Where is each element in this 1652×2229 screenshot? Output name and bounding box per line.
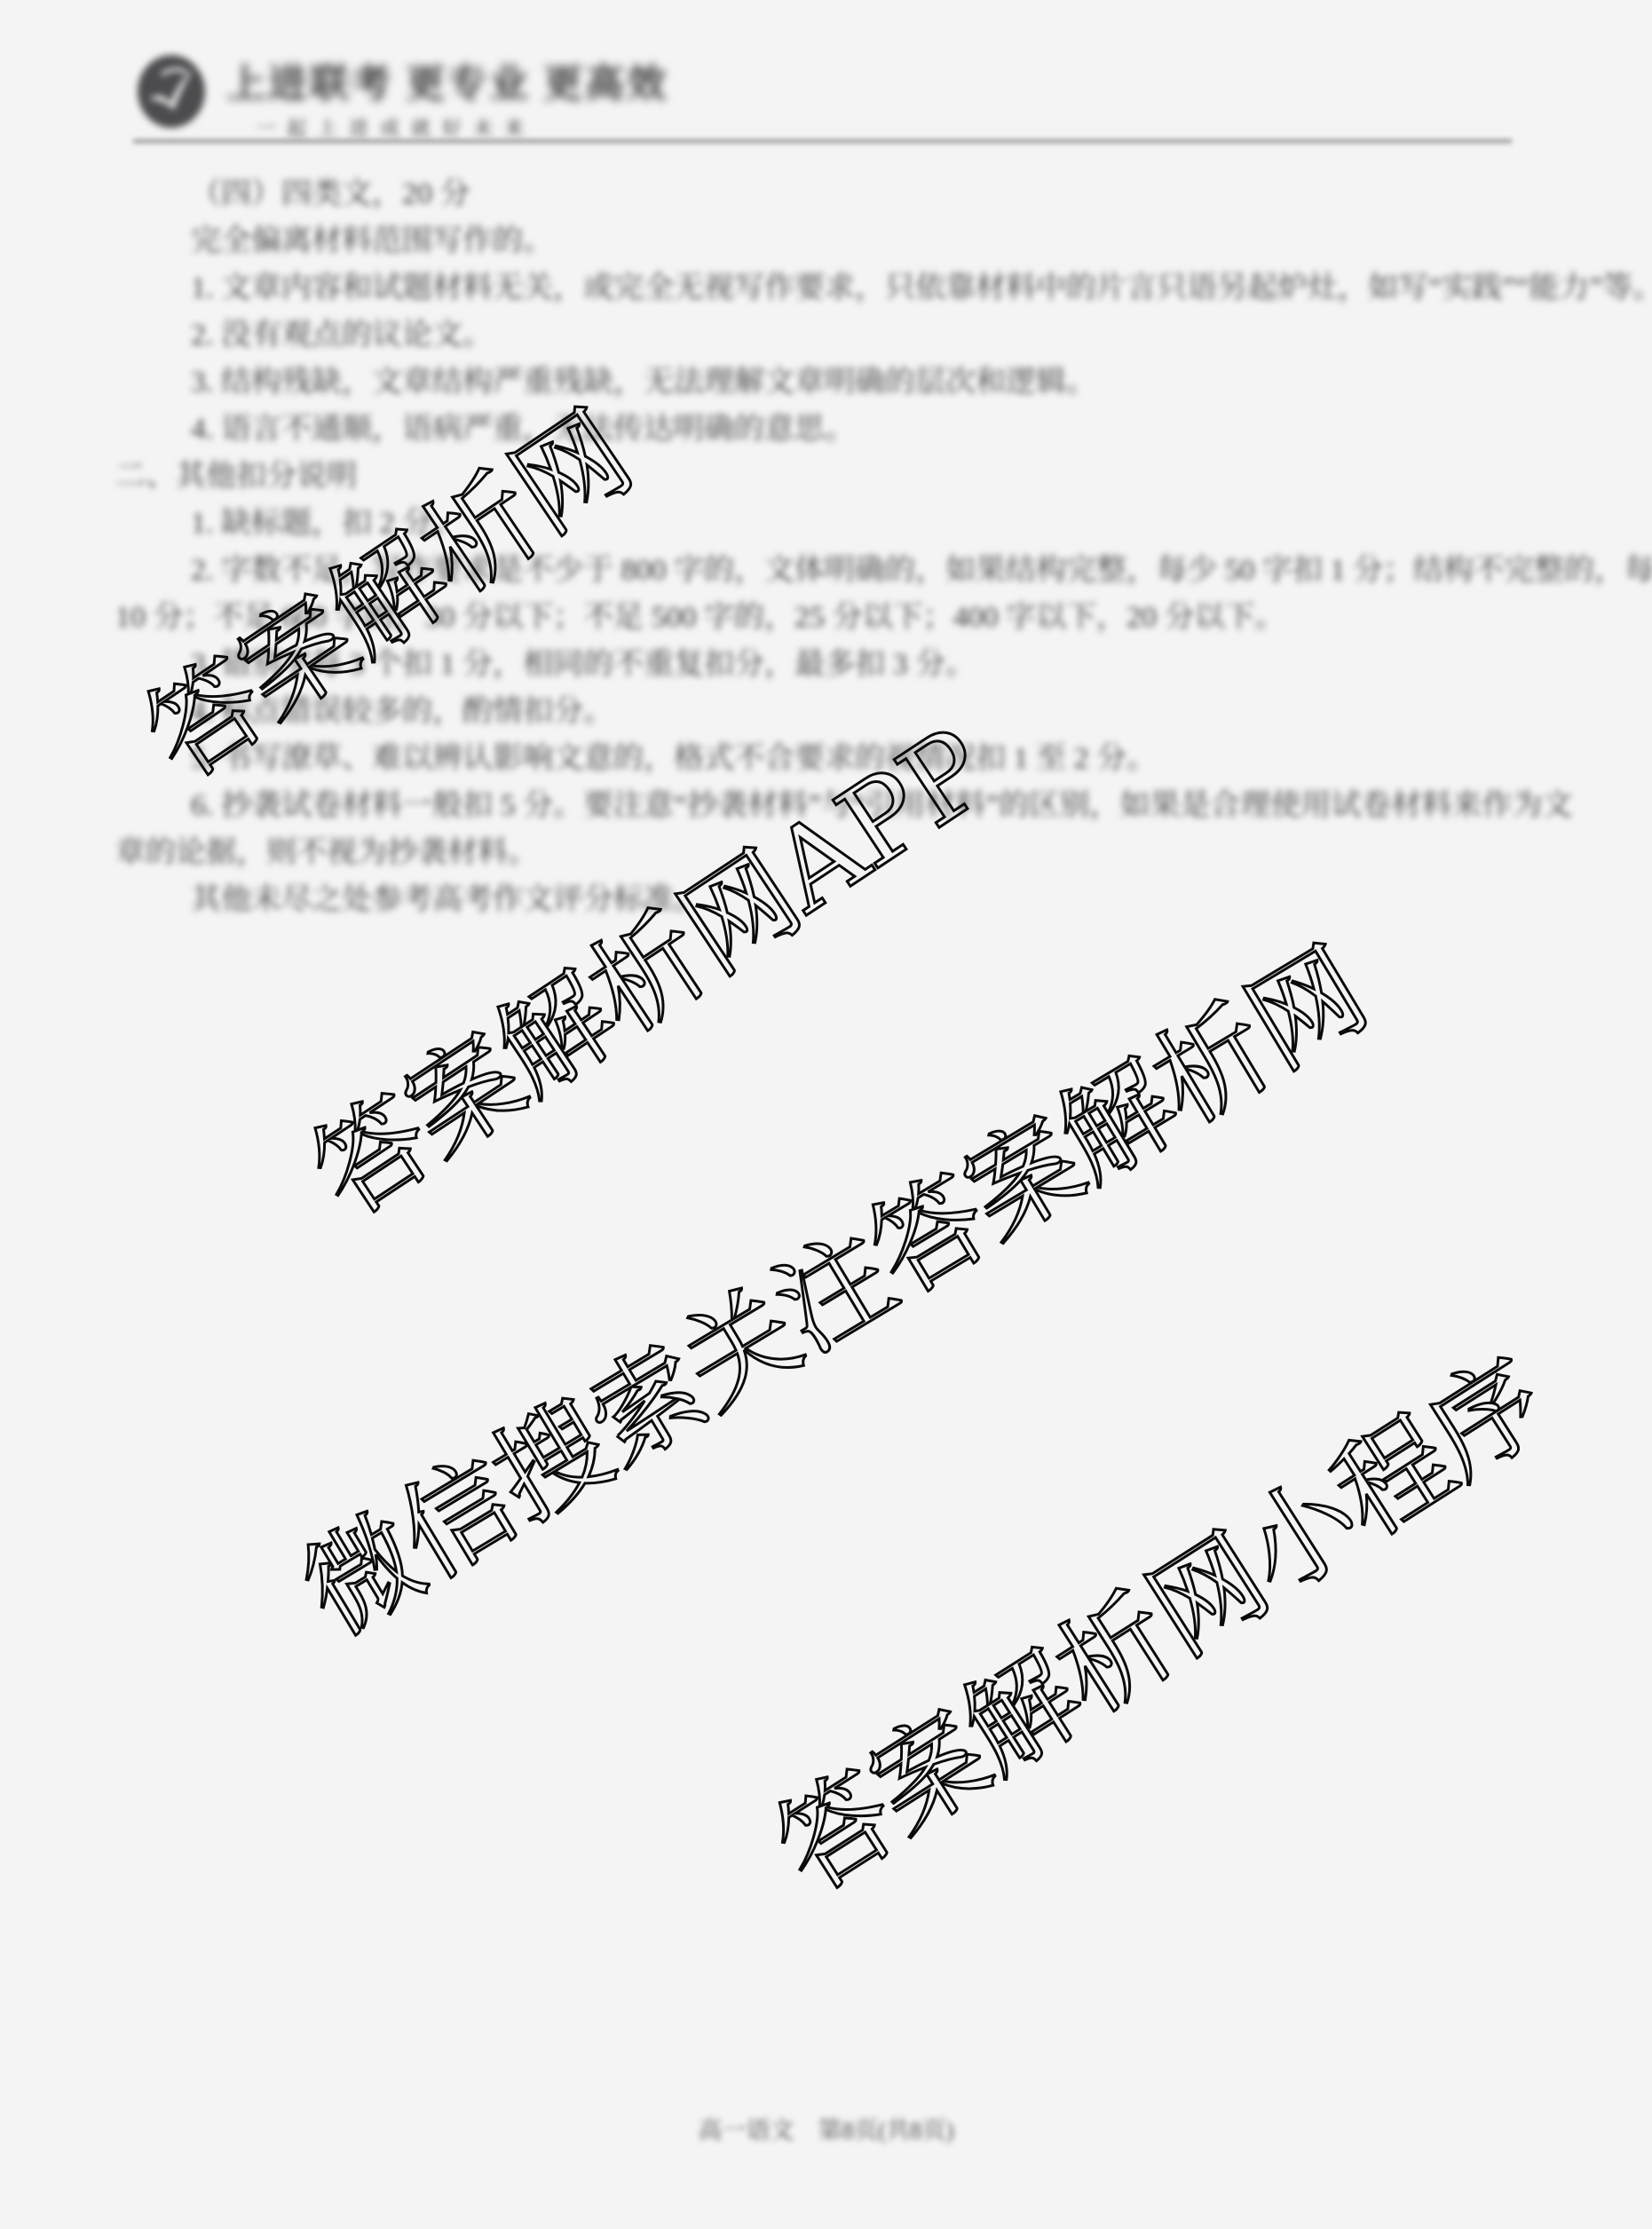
document-text-line: 其他未尽之处参考高考作文评分标准。 — [115, 876, 1536, 923]
document-text-line: （四）四类文，20 分 — [115, 170, 1536, 217]
document-body: （四）四类文，20 分 完全偏离材料范围写作的。 1. 文章内容和试题材料无关，… — [115, 170, 1536, 923]
document-text-line: 4. 标点错误较多的，酌情扣分。 — [115, 688, 1536, 735]
document-text-line: 2. 没有观点的议论文。 — [115, 312, 1536, 359]
document-text-line: 10 分；不足 600 字的，30 分以下；不足 500 字的，25 分以下；4… — [115, 594, 1536, 641]
document-text-line: 4. 语言不通顺，语病严重，无法传达明确的意思。 — [115, 406, 1536, 453]
document-text-line: 6. 抄袭试卷材料一般扣 5 分。要注意“抄袭材料”与“引用材料”的区别，如果是… — [115, 782, 1536, 829]
document-text-line: 1. 缺标题，扣 2 分。 — [115, 500, 1536, 547]
document-text-line: 3. 结构残缺，文章结构严重残缺，无法理解文章明确的层次和逻辑。 — [115, 359, 1536, 406]
page-footer-label: 高一语文 第8页(共8页) — [0, 2111, 1652, 2146]
document-text-line: 完全偏离材料范围写作的。 — [115, 217, 1536, 265]
header-divider — [133, 139, 1512, 143]
document-text-line: 二、其他扣分说明 — [115, 453, 1536, 500]
watermark-mini-program: 答案解析网小程序 — [742, 1313, 1571, 1922]
document-text-line: 3. 错别字每 3 个扣 1 分，相同的不重复扣分，最多扣 3 分。 — [115, 641, 1536, 688]
brand-title: 上进联考 更专业 更高效 — [226, 51, 668, 108]
document-text-line: 5. 书写潦草、难以辨认影响文意的，格式不合要求的视情况扣 1 至 2 分。 — [115, 735, 1536, 782]
scanned-answer-page: 上进联考 更专业 更高效 一起上进成就好未来 （四）四类文，20 分 完全偏离材… — [0, 0, 1652, 2229]
document-text-line: 章的论据，则不视为抄袭材料。 — [115, 829, 1536, 876]
document-text-line: 2. 字数不足，写作要求是不少于 800 字的，文体明确的，如果结构完整，每少 … — [115, 547, 1536, 594]
watermark-wechat-search: 微信搜索关注答案解析网 — [270, 904, 1390, 1665]
document-text-line: 1. 文章内容和试题材料无关，或完全无视写作要求，只依靠材料中的片言只语另起炉灶… — [115, 265, 1536, 312]
brand-subtitle: 一起上进成就好未来 — [256, 114, 535, 141]
brand-logo-icon — [135, 53, 208, 130]
